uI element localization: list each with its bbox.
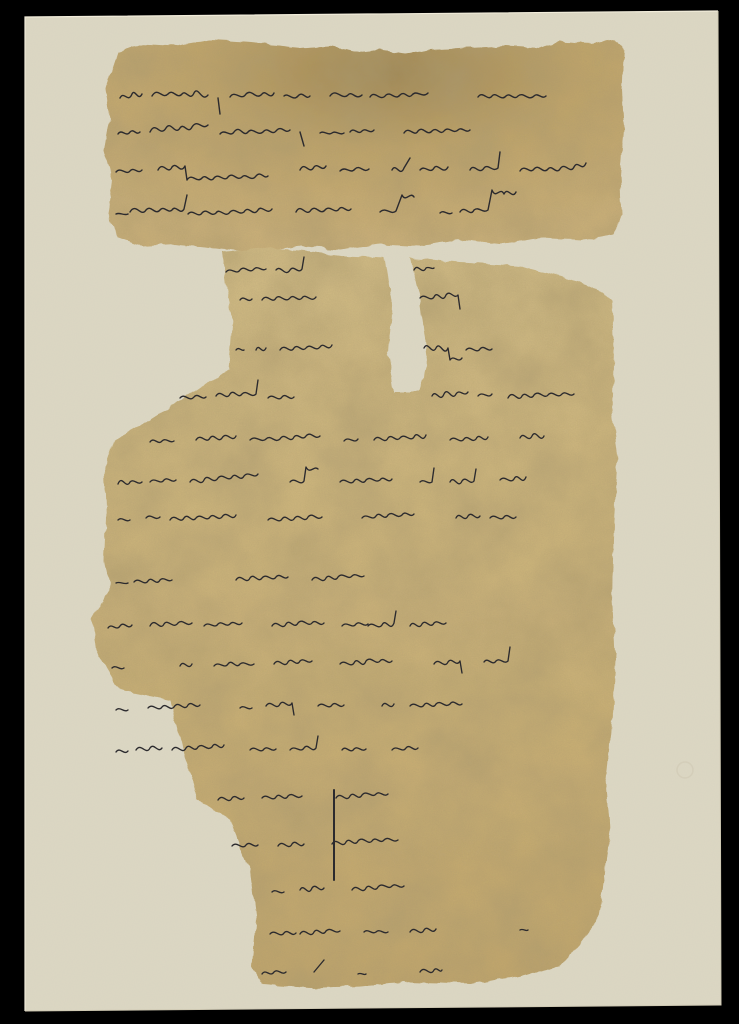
manuscript-photo (0, 0, 739, 1024)
upper-fragment (104, 40, 624, 252)
image-stage: Manuscript fragment mounted on paper Geo… (0, 0, 739, 1024)
